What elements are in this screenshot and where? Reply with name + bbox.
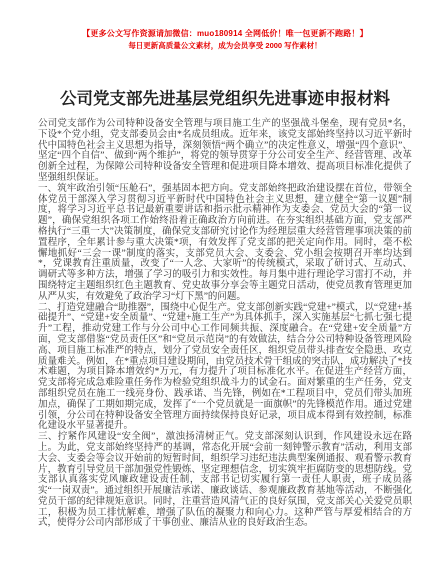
paragraph-section-1: 一、筑牢政治引领“压舱石”，强基固本把方向。党支部始终把政治建设摆在首位，带领全… xyxy=(38,184,412,303)
promo-line-2: 每日更新高质量公文素材，成为会员享受 2000 写作素材！ xyxy=(38,40,412,52)
document-page: 【更多公文写作资源请加微信：muo180914 全网低价！唯一包更新不跑路！】 … xyxy=(0,0,448,580)
promo-header: 【更多公文写作资源请加微信：muo180914 全网低价！唯一包更新不跑路！】 … xyxy=(38,27,412,52)
document-title: 公司党支部先进基层党组织先进事迹申报材料 xyxy=(38,85,412,109)
document-body: 公司党支部作为公司特种设备安全管理与项目施工生产的坚强战斗堡垒，现有党员*名，下… xyxy=(38,119,412,529)
paragraph-section-3: 三、拧紧作风建设“安全阀”，激浊扬清树正气。党支部深刻认识到，作风建设永远在路上… xyxy=(38,432,412,529)
paragraph-section-2: 二、打造党建融合“助推器”，围绕中心促生产。党支部创新实践“党建+”模式，以“党… xyxy=(38,303,412,433)
promo-line-1: 【更多公文写作资源请加微信：muo180914 全网低价！唯一包更新不跑路！】 xyxy=(38,27,412,40)
paragraph-intro: 公司党支部作为公司特种设备安全管理与项目施工生产的坚强战斗堡垒，现有党员*名，下… xyxy=(38,119,412,184)
